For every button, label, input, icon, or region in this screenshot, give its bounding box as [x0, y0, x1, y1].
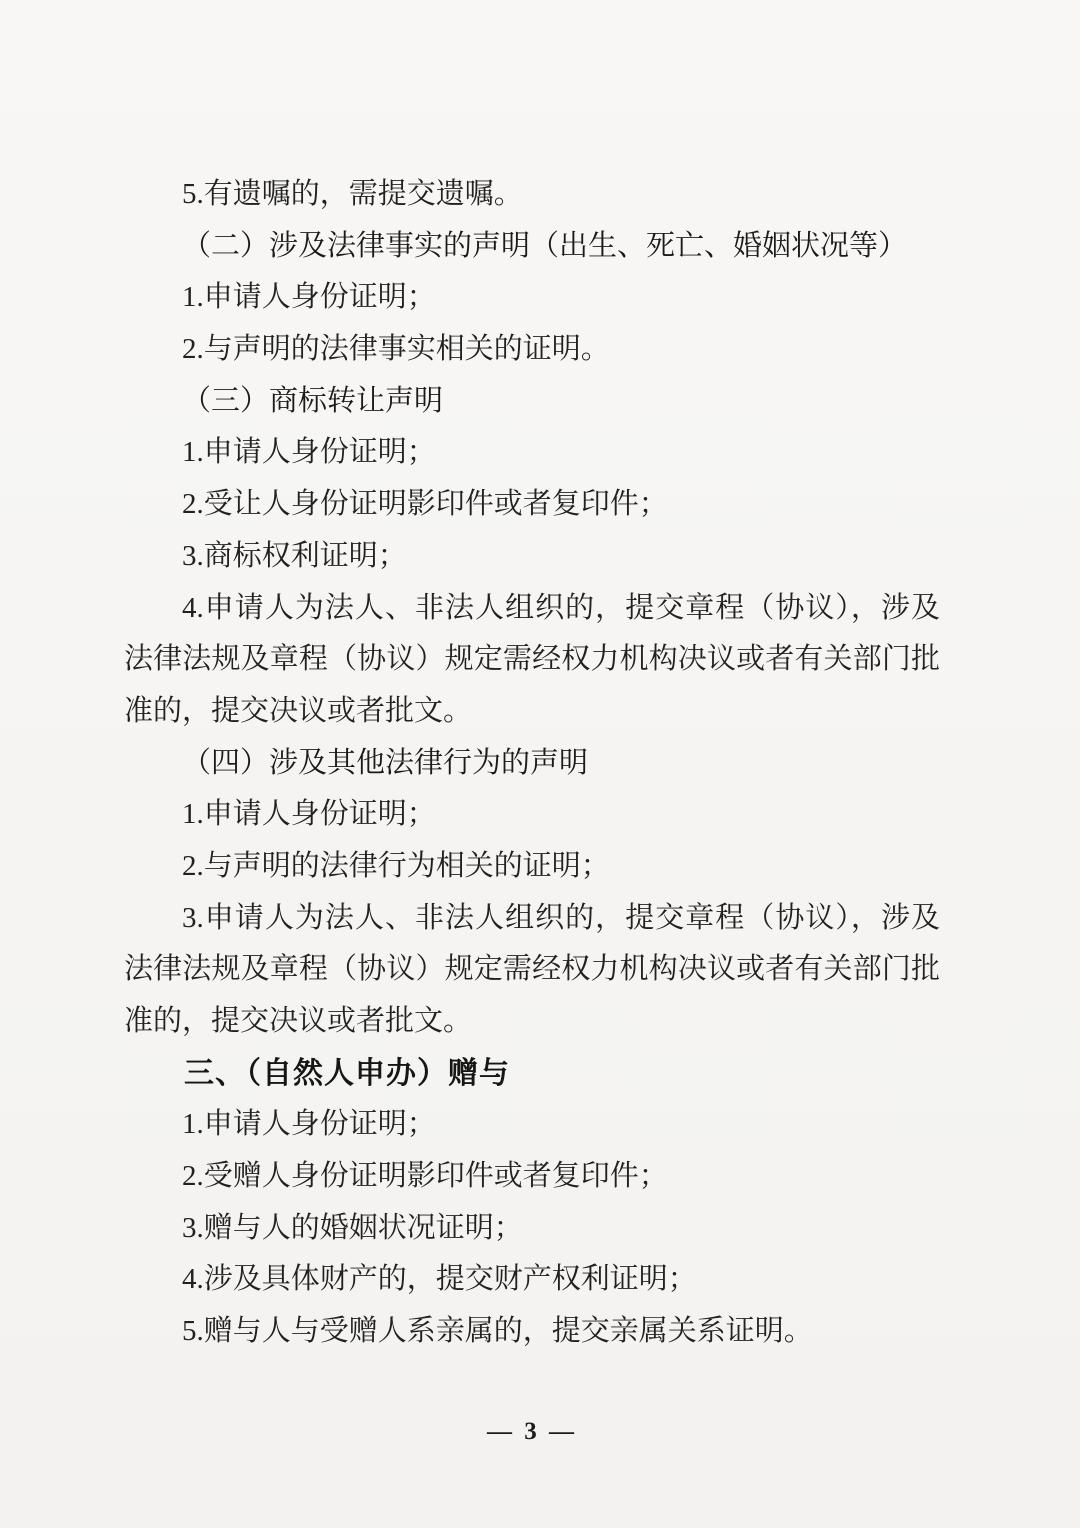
item-line: 准的，提交决议或者批文。: [124, 686, 940, 738]
item-line: 3.赠与人的婚姻状况证明；: [124, 1203, 940, 1255]
item-line: 2.受赠人身份证明影印件或者复印件；: [124, 1151, 940, 1203]
item-line: 1.申请人身份证明；: [124, 272, 940, 324]
subheading-line: （二）涉及法律事实的声明（出生、死亡、婚姻状况等）: [124, 221, 940, 273]
item-line: 5.赠与人与受赠人系亲属的，提交亲属关系证明。: [124, 1306, 940, 1358]
document-body: 5.有遗嘱的，需提交遗嘱。（二）涉及法律事实的声明（出生、死亡、婚姻状况等）1.…: [124, 169, 940, 1358]
subheading-line: （三）商标转让声明: [124, 376, 940, 428]
item-line: 2.受让人身份证明影印件或者复印件；: [124, 479, 940, 531]
item-line: 2.与声明的法律事实相关的证明。: [124, 324, 940, 376]
item-line: 5.有遗嘱的，需提交遗嘱。: [124, 169, 940, 221]
item-line: 1.申请人身份证明；: [124, 427, 940, 479]
item-line: 1.申请人身份证明；: [124, 789, 940, 841]
item-line: 1.申请人身份证明；: [124, 1099, 940, 1151]
item-line: 4.涉及具体财产的，提交财产权利证明；: [124, 1254, 940, 1306]
item-line: 法律法规及章程（协议）规定需经权力机构决议或者有关部门批: [124, 944, 940, 996]
subheading-line: （四）涉及其他法律行为的声明: [124, 738, 940, 790]
item-line: 准的，提交决议或者批文。: [124, 996, 940, 1048]
item-line: 3.商标权利证明；: [124, 531, 940, 583]
item-line: 4.申请人为法人、非法人组织的，提交章程（协议），涉及: [124, 583, 940, 635]
document-page: 5.有遗嘱的，需提交遗嘱。（二）涉及法律事实的声明（出生、死亡、婚姻状况等）1.…: [0, 0, 1080, 1528]
page-number: — 3 —: [124, 1408, 940, 1456]
item-line: 3.申请人为法人、非法人组织的，提交章程（协议），涉及: [124, 893, 940, 945]
item-line: 法律法规及章程（协议）规定需经权力机构决议或者有关部门批: [124, 634, 940, 686]
item-line: 2.与声明的法律行为相关的证明；: [124, 841, 940, 893]
heading-line: 三、（自然人申办）赠与: [124, 1048, 940, 1100]
